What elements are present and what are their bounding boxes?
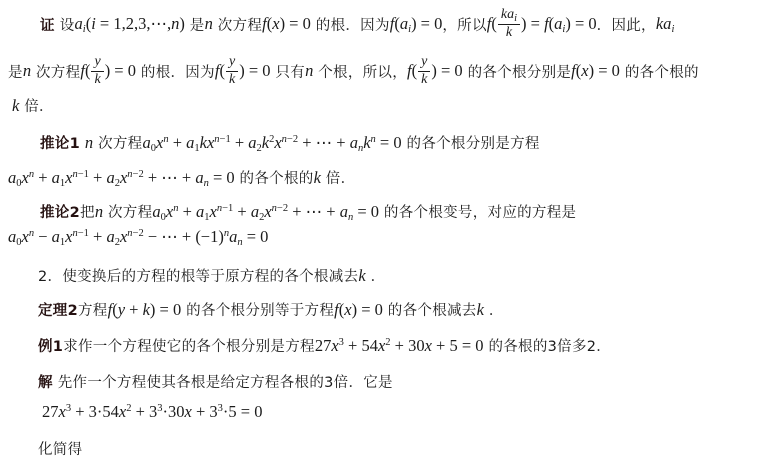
text-run: 的各根的3倍多2． bbox=[484, 335, 612, 356]
text-run: 只有 bbox=[271, 61, 306, 82]
solution-line: 解 先作一个方程使其各根是给定方程各根的3倍．它是 bbox=[38, 371, 393, 392]
math-run: f(x) = 0 bbox=[262, 14, 311, 34]
math-run: k bbox=[314, 168, 321, 188]
math-run: n bbox=[95, 202, 103, 222]
text-run: 次方程 bbox=[31, 61, 80, 82]
math-run: kai bbox=[656, 14, 675, 34]
math-fraction: f(yk) = 0 bbox=[407, 55, 463, 87]
corollary-1-line-1: 推论1 n 次方程a0xn + a1kxn−1 + a2k2xn−2 + ⋯ +… bbox=[40, 132, 540, 153]
text-run: 的各个根变号，对应的方程是 bbox=[379, 201, 576, 222]
text-run: 设 bbox=[55, 14, 75, 35]
text-run: ．因此， bbox=[597, 14, 656, 35]
text-run: 化简得 bbox=[38, 438, 82, 459]
math-run: a0xn − a1xn−1 + a2xn−2 − ⋯ + (−1)nan = 0 bbox=[8, 227, 268, 247]
item-2-line: 2．使变换后的方程的根等于原方程的各个根减去k ． bbox=[38, 265, 385, 286]
fraction-numerator: y bbox=[418, 55, 430, 72]
text-run: 的根．因为 bbox=[311, 14, 390, 35]
math-run: n bbox=[305, 61, 313, 81]
text-run: 次方程 bbox=[103, 201, 152, 222]
text-run: 是 bbox=[8, 61, 23, 82]
text-run: 求作一个方程使它的各个根分别是方程 bbox=[63, 335, 315, 356]
corollary-1-line-2: a0xn + a1xn−1 + a2xn−2 + ⋯ + an = 0 的各个根… bbox=[8, 167, 355, 188]
math-run: ai(i = 1,2,3,⋯,n) bbox=[75, 14, 185, 34]
text-run: ． bbox=[366, 265, 386, 286]
corollary-2-line-1: 推论2把n 次方程a0xn + a1xn−1 + a2xn−2 + ⋯ + an… bbox=[40, 201, 576, 222]
math-run: n bbox=[205, 14, 213, 34]
math-fraction: f(yk) = 0 bbox=[215, 55, 271, 87]
text-run: 是 bbox=[185, 14, 205, 35]
math-fraction: f(yk) = 0 bbox=[80, 55, 136, 87]
fraction-stack: yk bbox=[91, 55, 103, 87]
text-run: 的各个根分别是 bbox=[463, 61, 572, 82]
text-run: 2．使变换后的方程的根等于原方程的各个根减去 bbox=[38, 265, 358, 286]
section-label: 定理2 bbox=[38, 299, 78, 320]
math-run: k bbox=[358, 266, 365, 286]
math-run: f(y + k) = 0 bbox=[108, 300, 182, 320]
fraction-denominator: k bbox=[421, 72, 427, 88]
math-run: n bbox=[23, 61, 31, 81]
text-run: 的各个根的 bbox=[620, 61, 699, 82]
text-run: ． bbox=[484, 299, 504, 320]
proof-line-3: k 倍． bbox=[12, 95, 54, 116]
document-page: 证 设ai(i = 1,2,3,⋯,n) 是n 次方程f(x) = 0 的根．因… bbox=[0, 0, 764, 461]
math-run: f(ai) = 0 bbox=[390, 14, 443, 34]
proof-line-2: 是n 次方程f(yk) = 0 的根．因为f(yk) = 0 只有n 个根，所以… bbox=[8, 55, 699, 87]
text-run: 的各个根减去 bbox=[383, 299, 477, 320]
math-run: k bbox=[477, 300, 484, 320]
fraction-denominator: k bbox=[94, 72, 100, 88]
fraction-numerator: y bbox=[91, 55, 103, 72]
section-label: 解 bbox=[38, 371, 53, 392]
math-run: 27x3 + 3·54x2 + 33·30x + 33·5 = 0 bbox=[42, 402, 262, 422]
text-run: 个根，所以， bbox=[313, 61, 407, 82]
text-run: 次方程 bbox=[213, 14, 262, 35]
theorem-2-line: 定理2方程f(y + k) = 0 的各个根分别等于方程f(x) = 0 的各个… bbox=[38, 299, 504, 320]
math-run: n bbox=[85, 133, 93, 153]
fraction-numerator: y bbox=[226, 55, 238, 72]
text-run: 倍． bbox=[19, 95, 54, 116]
text-run: 的各个根分别是方程 bbox=[402, 132, 540, 153]
math-run: k bbox=[12, 96, 19, 116]
section-label: 证 bbox=[40, 14, 55, 35]
text-run: 次方程 bbox=[93, 132, 142, 153]
example-1-line: 例1求作一个方程使它的各个根分别是方程27x3 + 54x2 + 30x + 5… bbox=[38, 335, 611, 356]
fraction-stack: kaik bbox=[498, 8, 520, 40]
corollary-2-line-2: a0xn − a1xn−1 + a2xn−2 − ⋯ + (−1)nan = 0 bbox=[8, 227, 268, 247]
fraction-denominator: k bbox=[229, 72, 235, 88]
text-run: 把 bbox=[80, 201, 95, 222]
section-label: 例1 bbox=[38, 335, 63, 356]
text-run: 的根．因为 bbox=[136, 61, 215, 82]
fraction-stack: yk bbox=[418, 55, 430, 87]
text-run: ，所以 bbox=[442, 14, 486, 35]
math-run: a0xn + a1xn−1 + a2xn−2 + ⋯ + an = 0 bbox=[152, 202, 379, 222]
math-fraction: f(kaik) = f(ai) = 0 bbox=[487, 8, 597, 40]
math-run: f(x) = 0 bbox=[571, 61, 620, 81]
fraction-denominator: k bbox=[506, 25, 512, 41]
proof-line-1: 证 设ai(i = 1,2,3,⋯,n) 是n 次方程f(x) = 0 的根．因… bbox=[40, 8, 674, 40]
solution-formula-line: 27x3 + 3·54x2 + 33·30x + 33·5 = 0 bbox=[42, 402, 262, 422]
text-run: 先作一个方程使其各根是给定方程各根的3倍．它是 bbox=[53, 371, 393, 392]
text-run: 的各个根分别等于方程 bbox=[181, 299, 334, 320]
text-run: 的各个根的 bbox=[235, 167, 314, 188]
section-label: 推论2 bbox=[40, 201, 80, 222]
fraction-stack: yk bbox=[226, 55, 238, 87]
math-run: a0xn + a1kxn−1 + a2k2xn−2 + ⋯ + ankn = 0 bbox=[142, 133, 401, 153]
text-run: 倍． bbox=[321, 167, 356, 188]
math-run: 27x3 + 54x2 + 30x + 5 = 0 bbox=[315, 336, 484, 356]
simplify-line: 化简得 bbox=[38, 438, 82, 459]
text-run: 方程 bbox=[78, 299, 108, 320]
math-run: f(x) = 0 bbox=[334, 300, 383, 320]
section-label: 推论1 bbox=[40, 132, 80, 153]
fraction-numerator: kai bbox=[498, 8, 520, 25]
math-run: a0xn + a1xn−1 + a2xn−2 + ⋯ + an = 0 bbox=[8, 168, 235, 188]
